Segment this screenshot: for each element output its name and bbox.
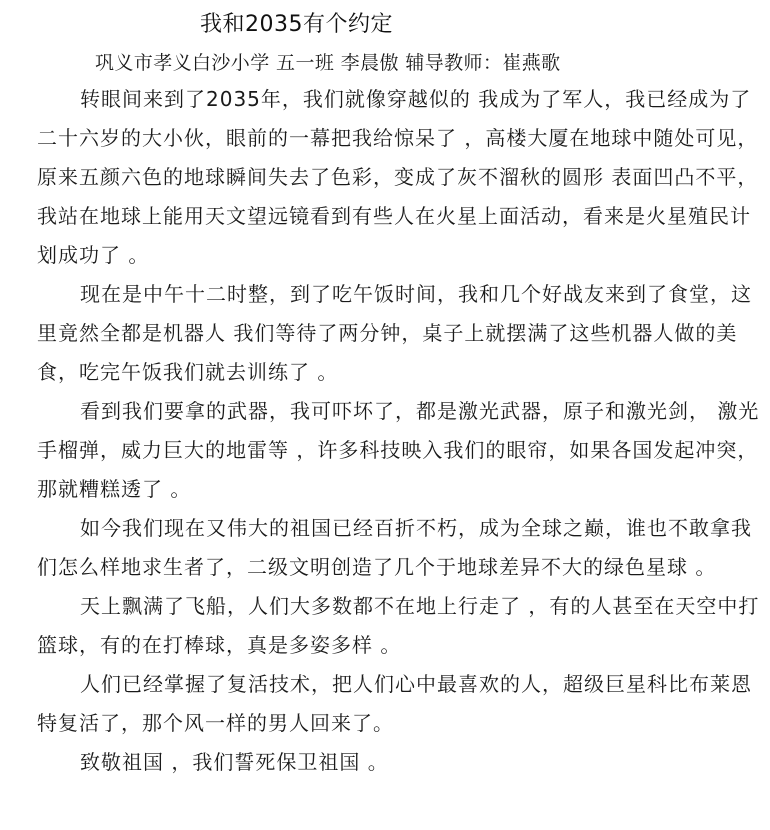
essay-page: 我和2035有个约定 巩义市孝义白沙小学 五一班 李晨傲 辅导教师：崔燕歌 转眼…: [0, 0, 770, 830]
paragraph-line: 们怎么样地求生者了，二级文明创造了几个于地球差异不大的绿色星球 。: [37, 548, 737, 587]
paragraph-line: 二十六岁的大小伙，眼前的一幕把我给惊呆了 ，高楼大厦在地球中随处可见，: [37, 119, 737, 158]
paragraph-line: 致敬祖国 ，我们誓死保卫祖国 。: [37, 743, 737, 782]
paragraph-line: 划成功了 。: [37, 236, 737, 275]
paragraph-line: 转眼间来到了2035年，我们就像穿越似的 我成为了军人，我已经成为了: [37, 80, 737, 119]
paragraph-1: 转眼间来到了2035年，我们就像穿越似的 我成为了军人，我已经成为了 二十六岁的…: [37, 80, 737, 275]
paragraph-5: 天上飘满了飞船，人们大多数都不在地上行走了 ，有的人甚至在天空中打 篮球，有的在…: [37, 587, 737, 665]
essay-body: 转眼间来到了2035年，我们就像穿越似的 我成为了军人，我已经成为了 二十六岁的…: [37, 80, 737, 782]
paragraph-line: 食，吃完午饭我们就去训练了 。: [37, 353, 737, 392]
paragraph-3: 看到我们要拿的武器，我可吓坏了，都是激光武器，原子和激光剑， 激光 手榴弹，威力…: [37, 392, 737, 509]
paragraph-line: 现在是中午十二时整，到了吃午饭时间，我和几个好战友来到了食堂，这: [37, 275, 737, 314]
paragraph-line: 人们已经掌握了复活技术，把人们心中最喜欢的人，超级巨星科比布莱恩: [37, 665, 737, 704]
paragraph-line: 里竟然全都是机器人 我们等待了两分钟，桌子上就摆满了这些机器人做的美: [37, 314, 737, 353]
paragraph-2: 现在是中午十二时整，到了吃午饭时间，我和几个好战友来到了食堂，这 里竟然全都是机…: [37, 275, 737, 392]
paragraph-4: 如今我们现在又伟大的祖国已经百折不朽，成为全球之巅，谁也不敢拿我 们怎么样地求生…: [37, 509, 737, 587]
paragraph-line: 特复活了，那个风一样的男人回来了。: [37, 704, 737, 743]
paragraph-line: 那就糟糕透了 。: [37, 470, 737, 509]
author-info: 巩义市孝义白沙小学 五一班 李晨傲 辅导教师：崔燕歌: [95, 48, 561, 78]
paragraph-line: 手榴弹，威力巨大的地雷等 ，许多科技映入我们的眼帘，如果各国发起冲突，: [37, 431, 737, 470]
paragraph-line: 如今我们现在又伟大的祖国已经百折不朽，成为全球之巅，谁也不敢拿我: [37, 509, 737, 548]
paragraph-7: 致敬祖国 ，我们誓死保卫祖国 。: [37, 743, 737, 782]
paragraph-line: 我站在地球上能用天文望远镜看到有些人在火星上面活动，看来是火星殖民计: [37, 197, 737, 236]
essay-title: 我和2035有个约定: [200, 8, 393, 42]
paragraph-line: 原来五颜六色的地球瞬间失去了色彩，变成了灰不溜秋的圆形 表面凹凸不平，: [37, 158, 737, 197]
paragraph-6: 人们已经掌握了复活技术，把人们心中最喜欢的人，超级巨星科比布莱恩 特复活了，那个…: [37, 665, 737, 743]
paragraph-line: 天上飘满了飞船，人们大多数都不在地上行走了 ，有的人甚至在天空中打: [37, 587, 737, 626]
paragraph-line: 看到我们要拿的武器，我可吓坏了，都是激光武器，原子和激光剑， 激光: [37, 392, 737, 431]
paragraph-line: 篮球，有的在打棒球，真是多姿多样 。: [37, 626, 737, 665]
